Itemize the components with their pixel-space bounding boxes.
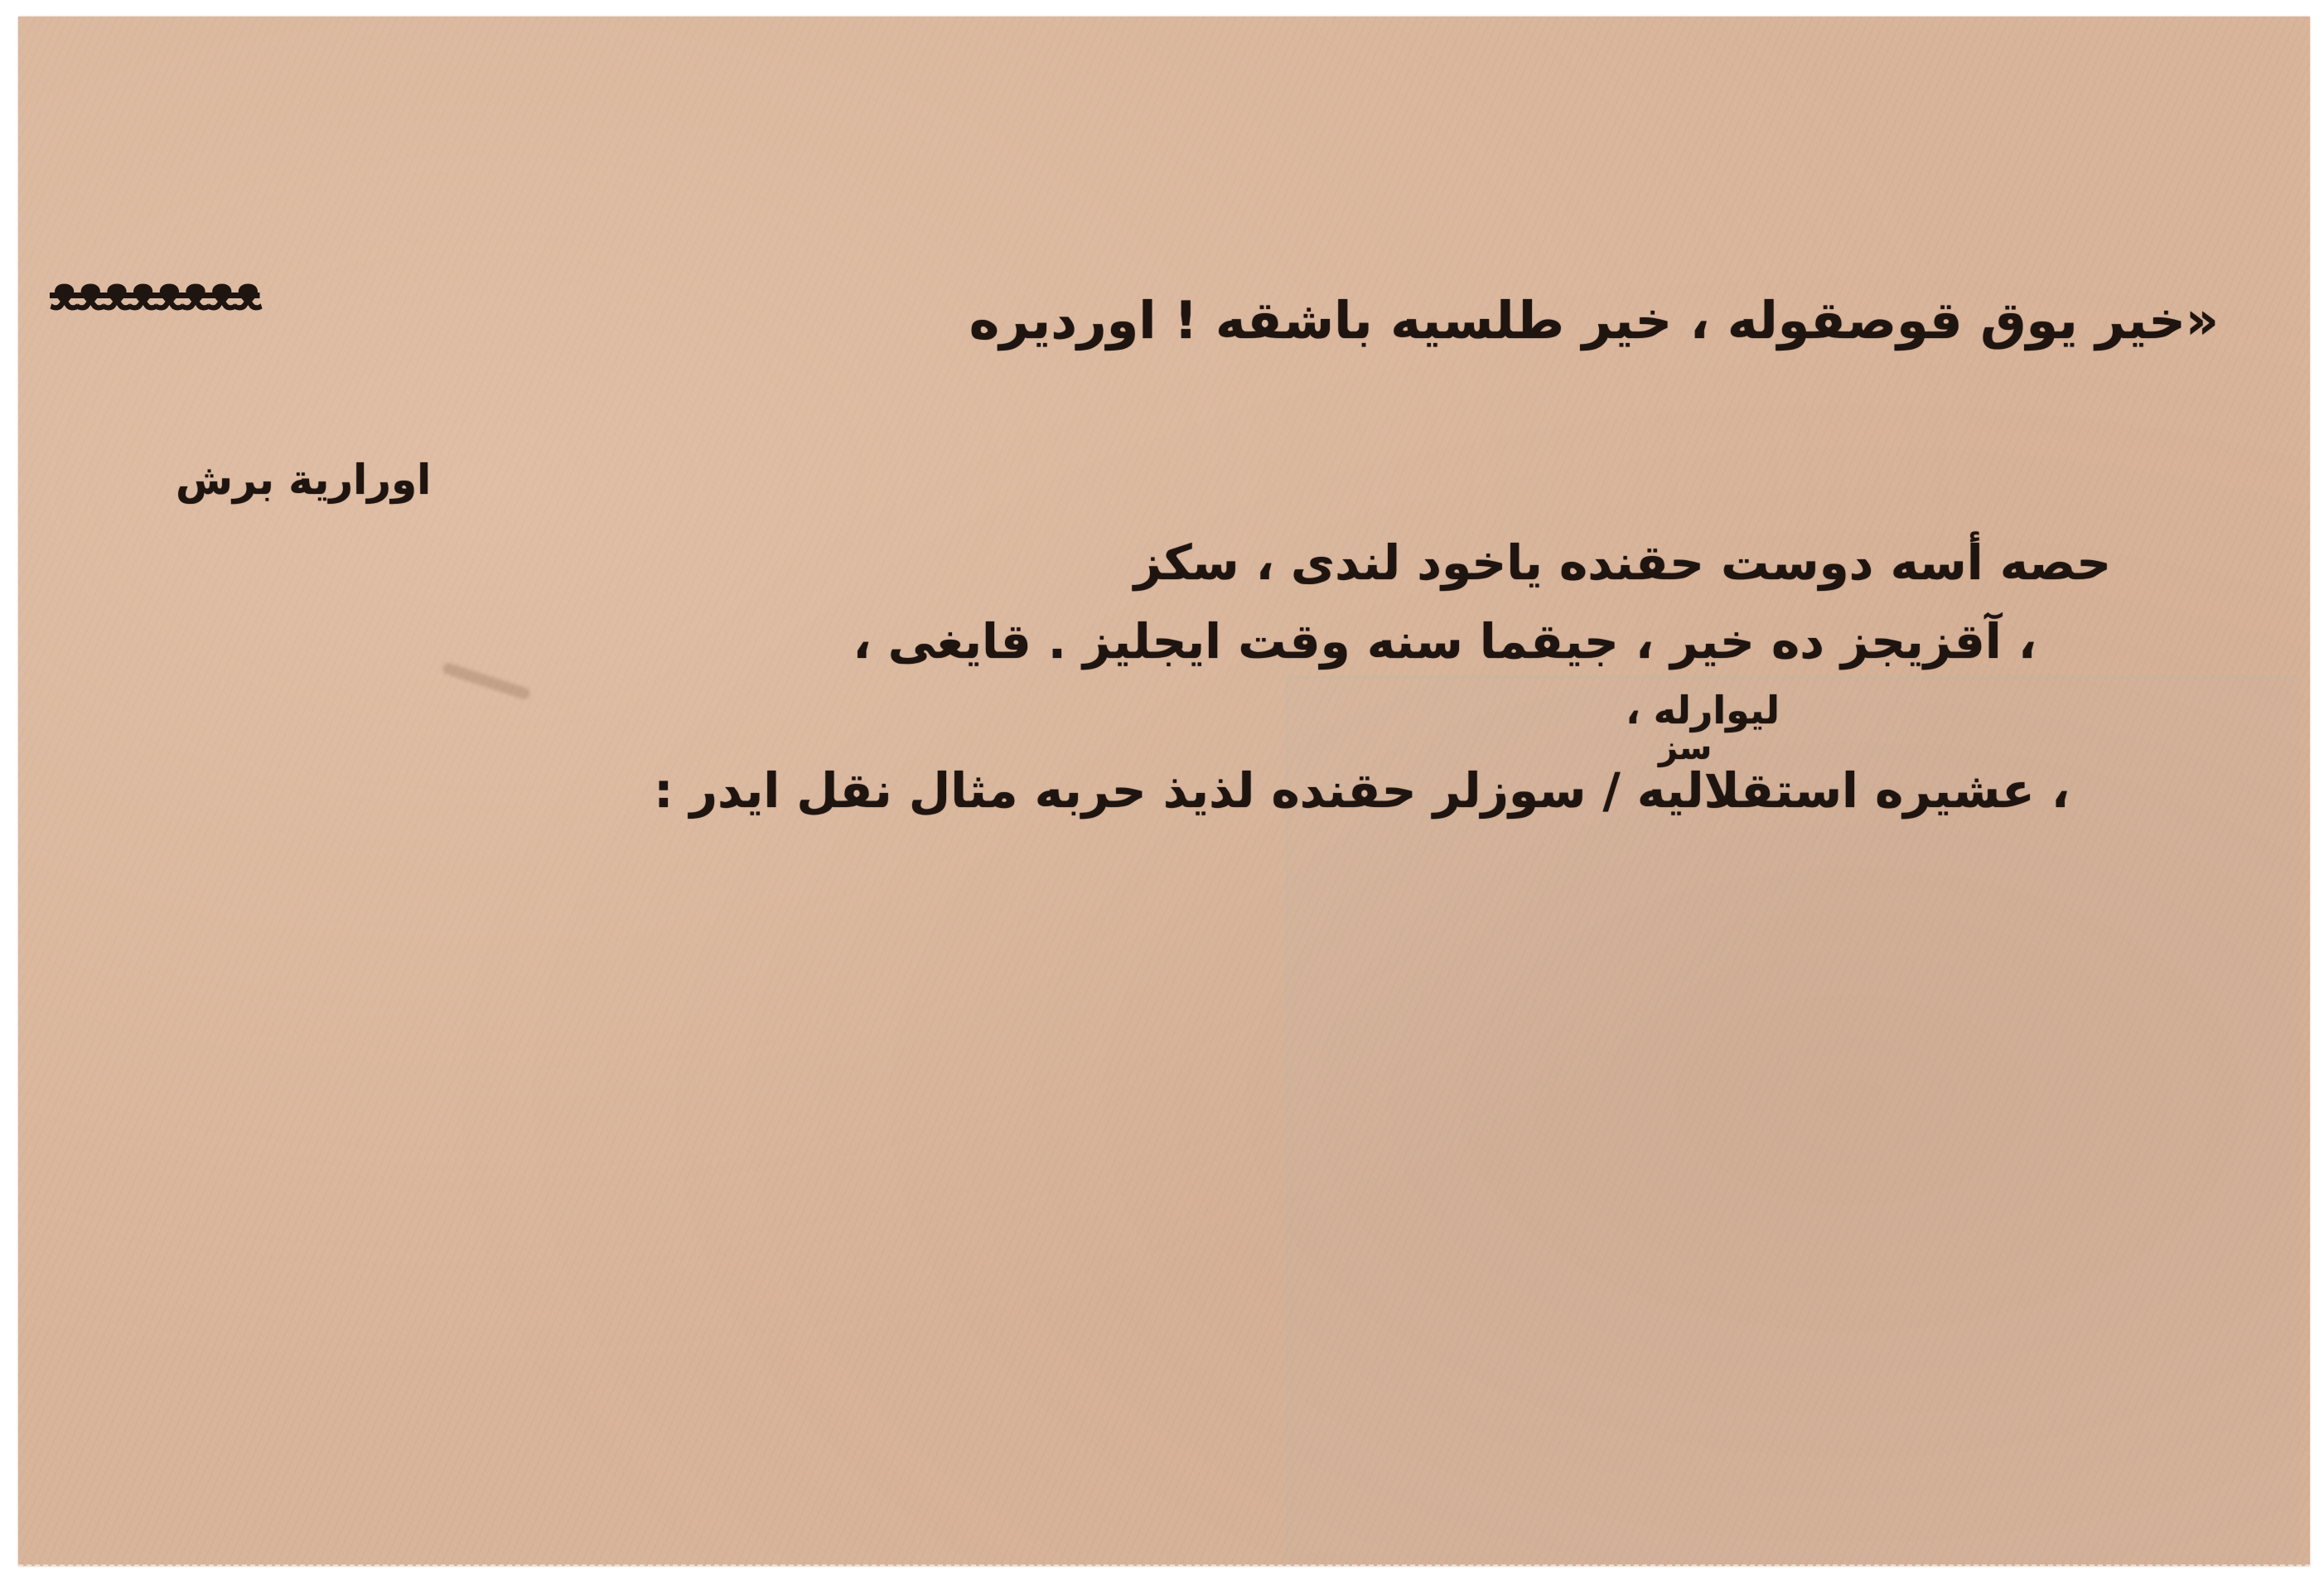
- manuscript-line-3: ، آقزیجز ده خیر ، جیقما سنه وقت ایجلیز .…: [853, 613, 2037, 670]
- manuscript-paper: ᴥᴥᴥᴥᴥᴥᴥᴥ «خیر یوق قوصقوله ، خیر طلسیه با…: [18, 17, 2310, 1566]
- crossed-out-word: ᴥᴥᴥᴥᴥᴥᴥᴥ: [50, 265, 259, 322]
- manuscript-line-1: «خیر یوق قوصقوله ، خیر طلسیه باشقه ! اور…: [969, 290, 2219, 351]
- manuscript-line-2: حصه أسه دوست حقنده یاخود لندی ، سکز: [1134, 534, 2111, 591]
- ink-stain: [442, 661, 532, 700]
- manuscript-line-2-upper: اوراریة برش: [176, 456, 431, 504]
- manuscript-line-3-insertion: لیوارله ،: [1626, 688, 1780, 732]
- manuscript-line-4: ، عشیره استقلالیه / سوزلر حقنده لذیذ حرب…: [654, 762, 2070, 819]
